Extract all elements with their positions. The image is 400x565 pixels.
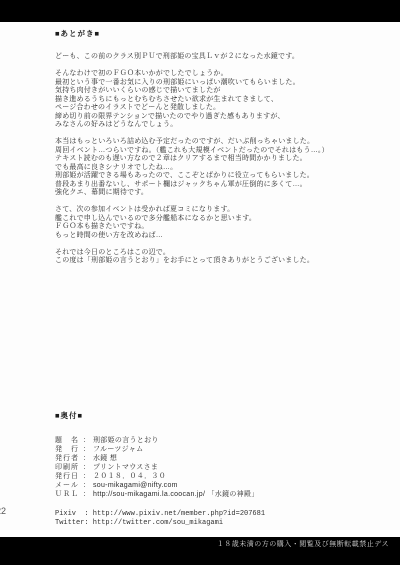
colophon-row: 発 行：フルーツジャム (55, 445, 385, 454)
colophon-row: ＵＲＬ：http://sou-mikagami.la.coocan.jp/ 「水… (55, 490, 385, 499)
text-line: さて、次の参加イベントは受かれば夏コミになります。 (55, 206, 385, 215)
text-line: 描き進めるうちにもっとむちむちさせたい欲求が生まれてきまして、 (55, 96, 385, 105)
page-number: 22 (0, 506, 6, 516)
text-line: 強化クエ、幕間に期待です。 (55, 189, 385, 198)
text-line: でも最高に良きシナリオでしたね…。 (55, 164, 385, 173)
age-restriction-notice: １８歳未満の方の購入・閲覧及び無断転載禁止デス (217, 539, 389, 549)
text-line: みなさんの好みはどうなんでしょう。 (55, 121, 385, 130)
bottom-black-bar: １８歳未満の方の購入・閲覧及び無断転載禁止デス (0, 537, 400, 565)
text-line (55, 198, 385, 207)
text-line: テキスト読むのも遅い方なので２章はクリアするまで相当時間かかりました。 (55, 155, 385, 164)
text-line: 艦これで申し込んでいるので多分艦船本になるかと思います。 (55, 215, 385, 224)
text-line (55, 62, 385, 71)
top-black-bar (0, 0, 400, 22)
text-line: それでは今日のところはこの辺で。 (55, 249, 385, 258)
text-line: ページ合わせのイラストでどーんと発散しました。 (55, 104, 385, 113)
afterword-header: ■あとがき■ (55, 28, 385, 39)
text-line: 刑部姫が活躍できる場もあったので、ここぞとばかりに役立ってもらいました。 (55, 172, 385, 181)
text-line: ＦＧＯ本も描きたいですね。 (55, 223, 385, 232)
colophon-row: 印刷所：プリントマウスさま (55, 463, 385, 472)
text-line: この度は「刑部姫の言うとおり」をお手にとって頂きありがとうございました。 (55, 257, 385, 266)
afterword-body: どーも、この前のクラス別ＰＵで刑部姫の宝具Ｌｖが２になった水鏡です。 そんなわけ… (55, 53, 385, 266)
text-line: そんなわけで初のＦＧＯ本いかがでしたでしょうか。 (55, 70, 385, 79)
colophon-links: Pixiv : http://www.pixiv.net/member.php?… (55, 510, 385, 528)
scanned-page: ■あとがき■ どーも、この前のクラス別ＰＵで刑部姫の宝具Ｌｖが２になった水鏡です… (0, 0, 400, 565)
text-line: どーも、この前のクラス別ＰＵで刑部姫の宝具Ｌｖが２になった水鏡です。 (55, 53, 385, 62)
text-line: Twitter: http://twitter.com/sou_mikagami (55, 519, 385, 528)
colophon-rows: 題 名：刑部姫の言うとおり発 行：フルーツジャム発行者：水鏡 想印刷所：プリント… (55, 436, 385, 499)
colophon-row: 発行者：水鏡 想 (55, 454, 385, 463)
text-line (55, 240, 385, 249)
afterword-section: ■あとがき■ どーも、この前のクラス別ＰＵで刑部姫の宝具Ｌｖが２になった水鏡です… (55, 28, 385, 266)
text-line: 普段あまり出番ないし、サポート欄はジャックちゃん軍が圧倒的に多くて…。 (55, 181, 385, 190)
text-line: Pixiv : http://www.pixiv.net/member.php?… (55, 510, 385, 519)
colophon-row: メール：sou-mikagami@nifty.com (55, 481, 385, 490)
text-line: 気持ち肉付きがいいくらいの感じで描いてましたが (55, 87, 385, 96)
text-line (55, 130, 385, 139)
colophon-header: ■奥付■ (55, 410, 385, 421)
colophon-row: 発行日：２０１８．０４．３０ (55, 472, 385, 481)
text-line: 締め切り前の限界テンションで描いたのでやり過ぎた感もありますが、 (55, 113, 385, 122)
text-line: 最初という事で一番お気に入りの刑部姫にいっぱい潮吹いてもらいました。 (55, 79, 385, 88)
text-line: 周回イベント…つらいですね。（艦これも大規模イベントだったのでそれはもう…。） (55, 147, 385, 156)
text-line: 本当はもっといろいろ詰め込む予定だったのですが、だいぶ削っちゃいました。 (55, 138, 385, 147)
colophon-row: 題 名：刑部姫の言うとおり (55, 436, 385, 445)
text-line: もっと時間の使い方を改めねば… (55, 232, 385, 241)
colophon-section: ■奥付■ 題 名：刑部姫の言うとおり発 行：フルーツジャム発行者：水鏡 想印刷所… (55, 410, 385, 528)
